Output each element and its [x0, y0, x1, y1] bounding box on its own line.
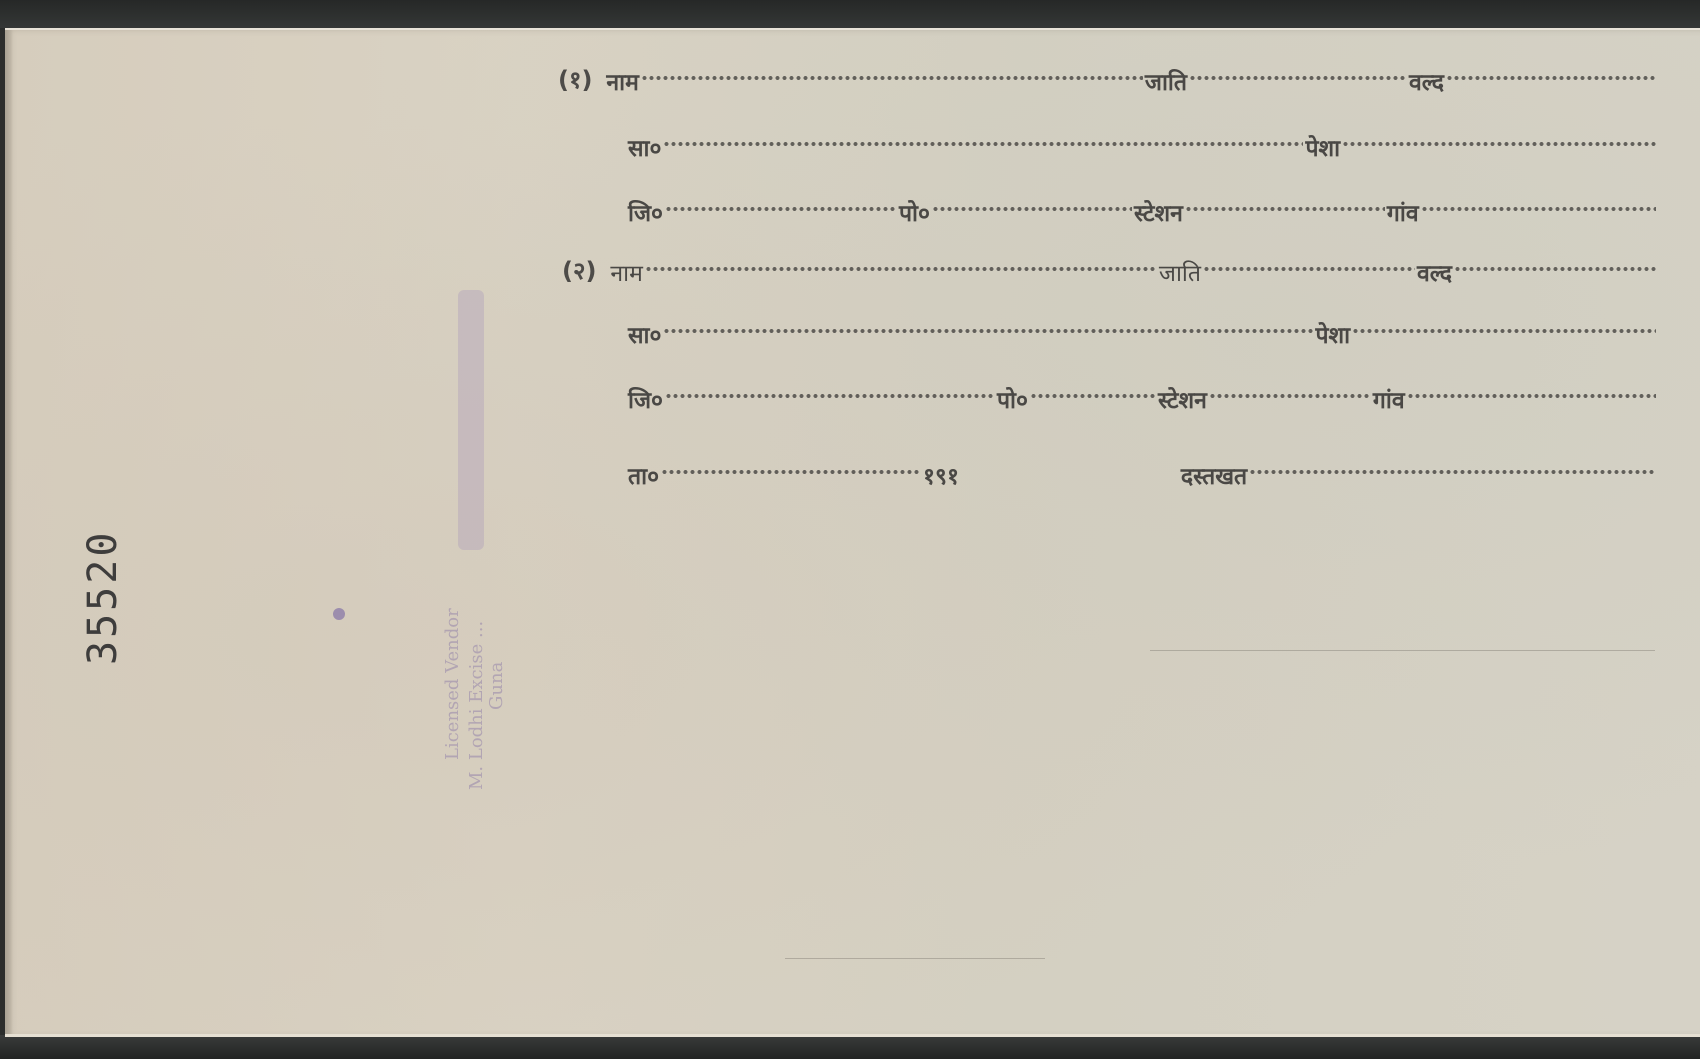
- faint-rule-bottom: [785, 958, 1045, 959]
- p2-post-input[interactable]: [1030, 388, 1164, 414]
- p2-parent-input[interactable]: [1454, 261, 1664, 287]
- p2-caste-field[interactable]: [1203, 261, 1415, 287]
- date-label: ता०: [626, 464, 661, 490]
- signature-field[interactable]: [1249, 464, 1656, 490]
- p2-number: (२): [562, 254, 596, 287]
- p2-village-input[interactable]: [1407, 388, 1664, 414]
- p1-village-field[interactable]: [1421, 201, 1656, 227]
- signature-input[interactable]: [1249, 464, 1664, 490]
- registration-form: (१) नाम जाति वल्द सा० पेशा जि० पो० स्टेश…: [0, 0, 1700, 600]
- stamp-line-1: M. Lodhi Excise ...: [466, 621, 487, 790]
- faint-rule: [1150, 650, 1655, 651]
- p1-occupation-field[interactable]: [1342, 136, 1656, 162]
- p2-occupation-input[interactable]: [1352, 323, 1664, 349]
- p2-name-label: नाम: [608, 261, 644, 287]
- p2-district-field[interactable]: [665, 388, 995, 414]
- p2-station-input[interactable]: [1209, 388, 1379, 414]
- p1-district-label: जि०: [626, 201, 665, 227]
- stamp-line-3: Guna: [486, 662, 507, 710]
- stamp-line-2: Licensed Vendor: [442, 608, 463, 760]
- p1-post-input[interactable]: [932, 201, 1140, 227]
- p2-name-input[interactable]: [645, 261, 1165, 287]
- p1-occupation-input[interactable]: [1342, 136, 1664, 162]
- p2-resident-row: सा० पेशा: [626, 315, 1656, 349]
- p1-name-row: (१) नाम जाति वल्द: [558, 62, 1656, 96]
- date-field[interactable]: [661, 464, 921, 490]
- p2-resident-field[interactable]: [663, 323, 1313, 349]
- p1-district-field[interactable]: [665, 201, 897, 227]
- p1-station-input[interactable]: [1185, 201, 1393, 227]
- p2-village-field[interactable]: [1407, 388, 1656, 414]
- scan-backdrop-bottom: [0, 1035, 1700, 1059]
- p2-caste-input[interactable]: [1203, 261, 1423, 287]
- p2-parent-field[interactable]: [1454, 261, 1656, 287]
- footer-row: ता० १९१ दस्तखत: [626, 456, 1656, 490]
- p1-name-input[interactable]: [641, 70, 1151, 96]
- p2-resident-input[interactable]: [663, 323, 1321, 349]
- p1-name-label: नाम: [604, 70, 640, 96]
- p1-district-input[interactable]: [665, 201, 905, 227]
- date-input[interactable]: [661, 464, 929, 490]
- stamp-dot: [333, 608, 345, 620]
- p1-resident-field[interactable]: [663, 136, 1303, 162]
- p1-caste-input[interactable]: [1189, 70, 1415, 96]
- p2-post-field[interactable]: [1030, 388, 1156, 414]
- p1-resident-input[interactable]: [663, 136, 1311, 162]
- p1-number: (१): [558, 63, 592, 96]
- p2-resident-label: सा०: [626, 323, 663, 349]
- p2-name-field[interactable]: [645, 261, 1157, 287]
- p1-address-row: जि० पो० स्टेशन गांव: [626, 193, 1656, 227]
- p1-station-field[interactable]: [1185, 201, 1385, 227]
- p2-district-label: जि०: [626, 388, 665, 414]
- p1-resident-label: सा०: [626, 136, 663, 162]
- p2-address-row: जि० पो० स्टेशन गांव: [626, 380, 1656, 414]
- p2-name-row: (२) नाम जाति वल्द: [562, 253, 1656, 287]
- p1-caste-field[interactable]: [1189, 70, 1407, 96]
- p2-district-input[interactable]: [665, 388, 1003, 414]
- paper-bottom-fold: [5, 1034, 1700, 1037]
- p1-resident-row: सा० पेशा: [626, 128, 1656, 162]
- p1-village-input[interactable]: [1421, 201, 1664, 227]
- signature-label: दस्तखत: [1179, 464, 1249, 490]
- p2-occupation-field[interactable]: [1352, 323, 1656, 349]
- p1-post-field[interactable]: [932, 201, 1132, 227]
- p2-station-field[interactable]: [1209, 388, 1371, 414]
- p1-parent-input[interactable]: [1446, 70, 1664, 96]
- p1-name-field[interactable]: [641, 70, 1143, 96]
- p1-parent-field[interactable]: [1446, 70, 1656, 96]
